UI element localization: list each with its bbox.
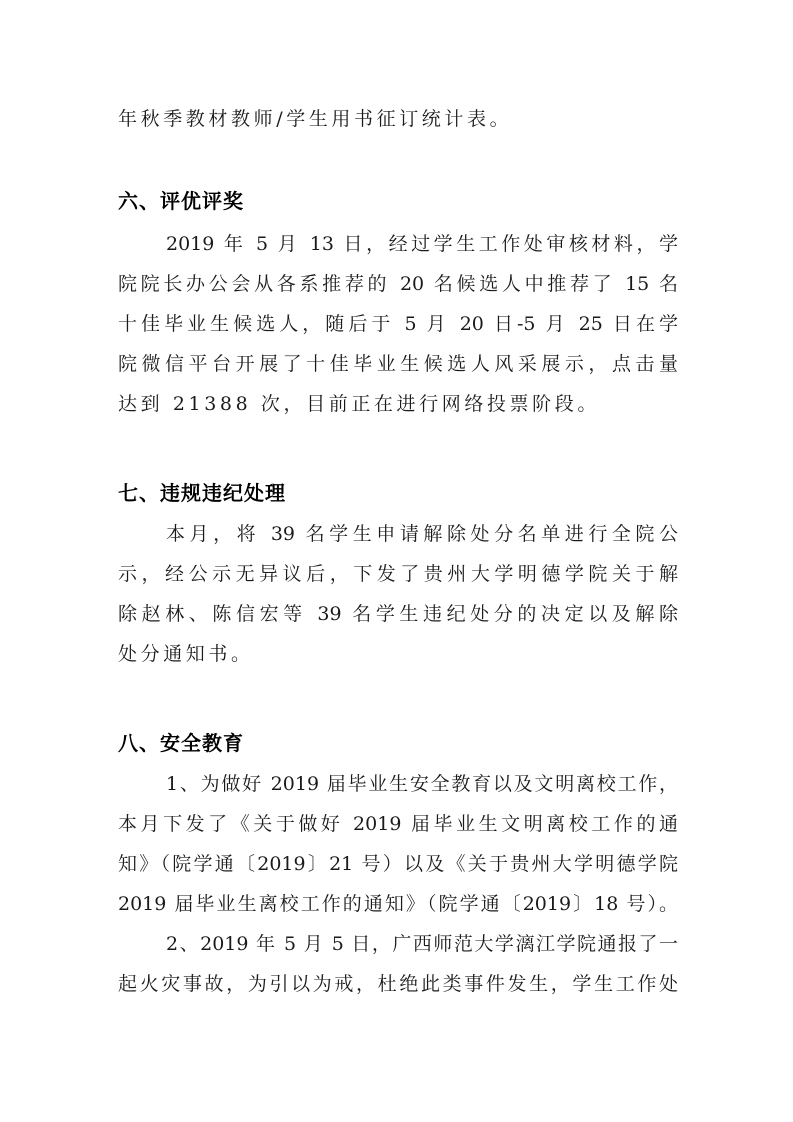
paragraph-line: 1、为做好 2019 届毕业生安全教育以及文明离校工作， (166, 772, 678, 796)
paragraph-line: 院院长办公会从各系推荐的 20 名候选人中推荐了 15 名 (118, 272, 678, 296)
paragraph-line: 2、2019 年 5 月 5 日，广西师范大学漓江学院通报了一 (166, 932, 678, 956)
paragraph-line: 本月，将 39 名学生申请解除处分名单进行全院公 (166, 522, 678, 546)
paragraph-line: 起火灾事故，为引以为戒，杜绝此类事件发生，学生工作处 (118, 972, 678, 996)
section-heading-discipline: 七、违规违纪处理 (118, 481, 286, 505)
section-heading-awards: 六、评优评奖 (118, 189, 244, 213)
paragraph-line: 处分通知书。 (118, 642, 678, 666)
carryover-text: 年秋季教材教师/学生用书征订统计表。 (118, 107, 678, 131)
paragraph-line: 院微信平台开展了十佳毕业生候选人风采展示，点击量 (118, 352, 678, 376)
paragraph-line: 知》（院学通〔2019〕21 号）以及《关于贵州大学明德学院 (118, 852, 678, 876)
paragraph-line: 示，经公示无异议后，下发了贵州大学明德学院关于解 (118, 562, 678, 586)
paragraph-line: 2019 届毕业生离校工作的通知》（院学通〔2019〕18 号）。 (118, 892, 678, 916)
document-page: 年秋季教材教师/学生用书征订统计表。 六、评优评奖 2019 年 5 月 13 … (0, 0, 793, 1122)
section-heading-safety: 八、安全教育 (118, 731, 244, 755)
paragraph-line: 2019 年 5 月 13 日，经过学生工作处审核材料，学 (166, 232, 678, 256)
paragraph-line: 达到 21388 次，目前正在进行网络投票阶段。 (118, 392, 678, 416)
paragraph-line: 本月下发了《关于做好 2019 届毕业生文明离校工作的通 (118, 812, 678, 836)
paragraph-line: 十佳毕业生候选人，随后于 5 月 20 日-5 月 25 日在学 (118, 312, 678, 336)
paragraph-line: 除赵林、陈信宏等 39 名学生违纪处分的决定以及解除 (118, 602, 678, 626)
